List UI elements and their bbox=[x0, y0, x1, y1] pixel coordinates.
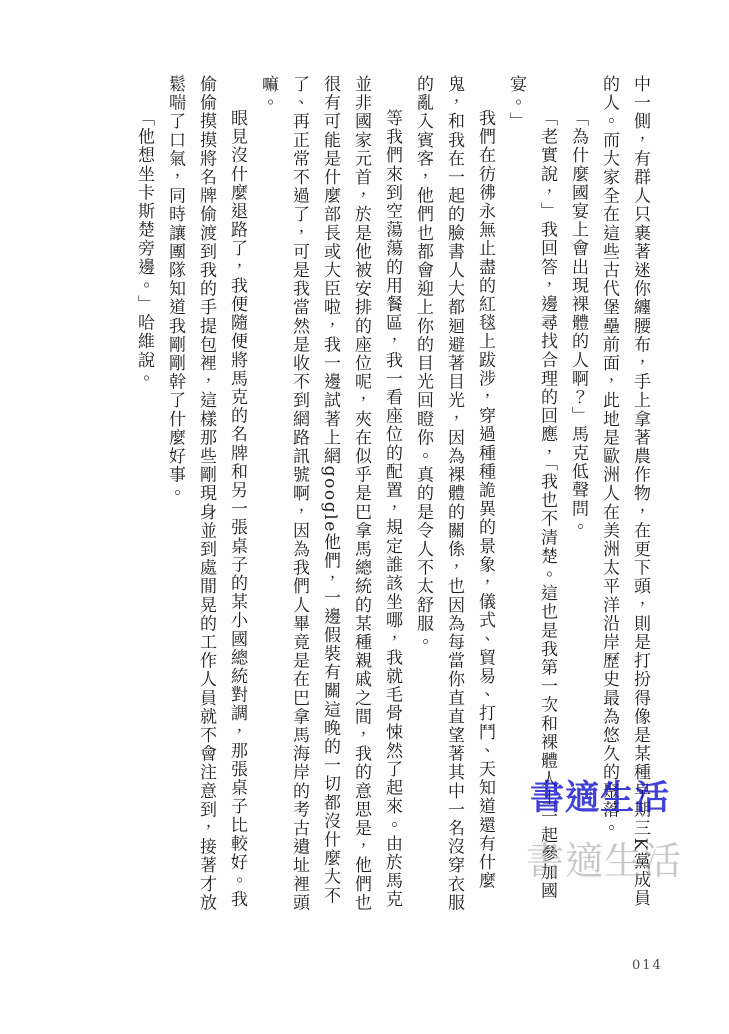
paragraph: 我們在彷彿永無止盡的紅毯上跋涉，穿過種種詭異的景象，儀式、貿易、打鬥、天知道還有… bbox=[407, 75, 500, 923]
vertical-text-block: 中一側，有群人只裹著迷你纏腰布，手上拿著農作物，在更下頭，則是打扮得像是某種早期… bbox=[128, 75, 655, 923]
page-number: 014 bbox=[632, 958, 663, 973]
paragraph: 等我們來到空蕩蕩的用餐區，我一看座位的配置，規定誰該坐哪，我就毛骨悚然了起來。由… bbox=[252, 75, 407, 923]
paragraph: 「為什麼國宴上會出現裸體的人啊？」馬克低聲問。 bbox=[562, 75, 593, 923]
book-page: 中一側，有群人只裹著迷你纏腰布，手上拿著農作物，在更下頭，則是打扮得像是某種早期… bbox=[0, 0, 729, 1034]
paragraph: 眼見沒什麼退路了，我便隨便將馬克的名牌和另一張桌子的某小國總統對調，那張桌子比較… bbox=[159, 75, 252, 923]
paragraph: 中一側，有群人只裹著迷你纏腰布，手上拿著農作物，在更下頭，則是打扮得像是某種早期… bbox=[593, 75, 655, 923]
paragraph: 「老實說，」我回答，邊尋找合理的回應，「我也不清楚。這也是我第一次和裸體人士一起… bbox=[500, 75, 562, 923]
paragraph: 「他想坐卡斯楚旁邊。」哈維說。 bbox=[128, 75, 159, 923]
